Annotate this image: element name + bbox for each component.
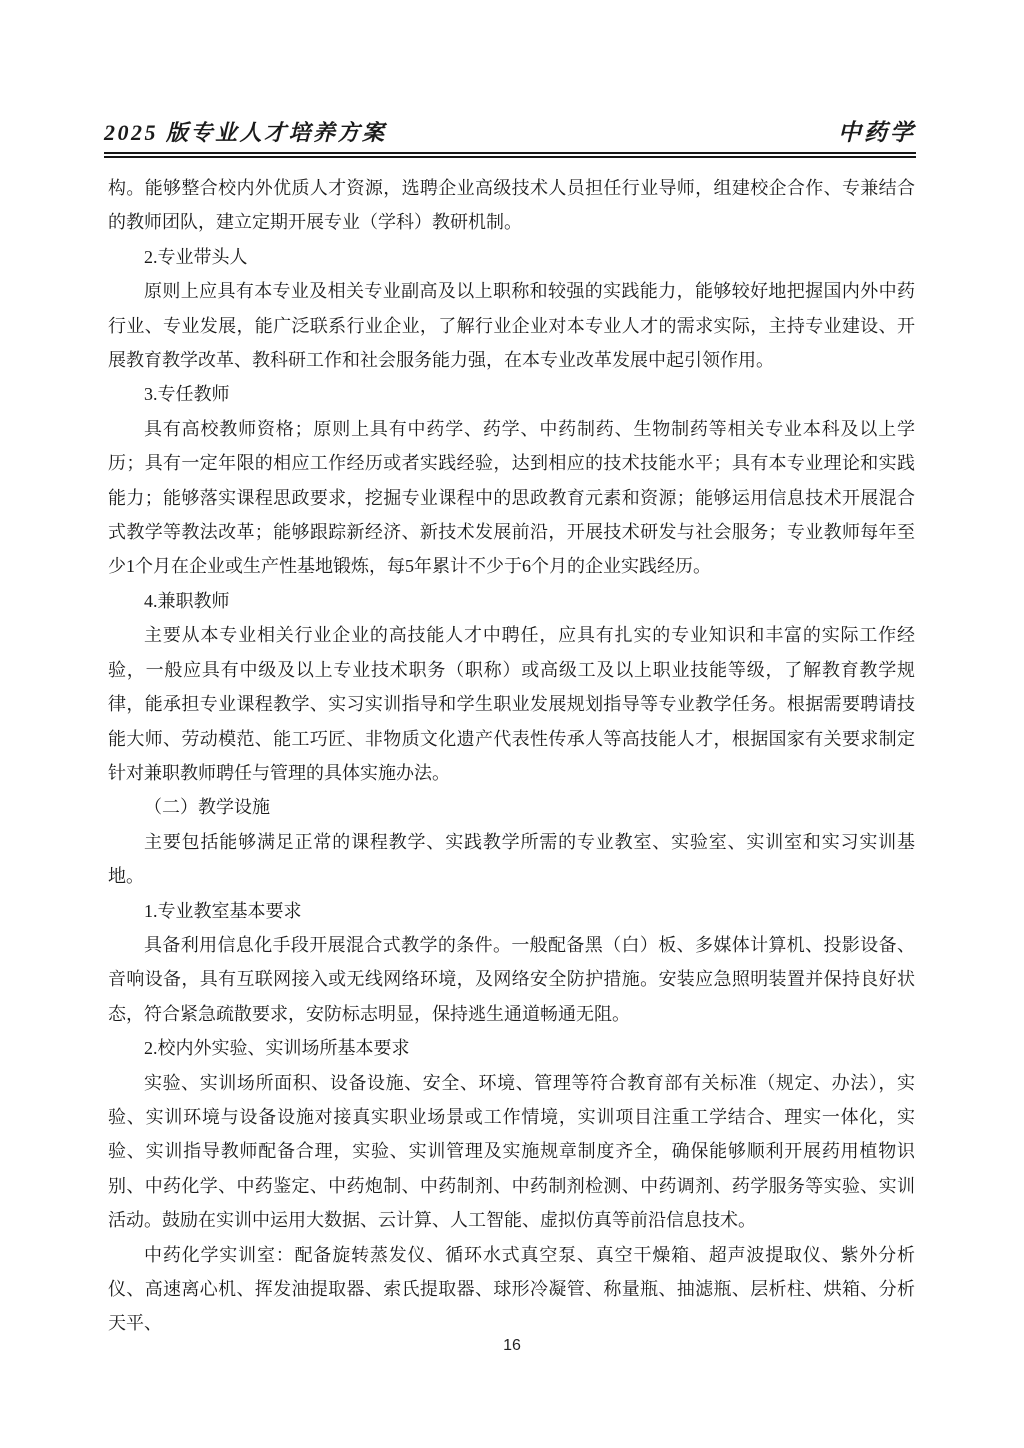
paragraph: 原则上应具有本专业及相关专业副高及以上职称和较强的实践能力，能够较好地把握国内外…: [108, 274, 915, 377]
header-title: 2025 版专业人才培养方案: [104, 116, 387, 147]
document-body: 构。能够整合校内外优质人才资源，选聘企业高级技术人员担任行业导师，组建校企合作、…: [108, 171, 915, 1341]
section-heading: 2.专业带头人: [108, 240, 915, 274]
paragraph: 构。能够整合校内外优质人才资源，选聘企业高级技术人员担任行业导师，组建校企合作、…: [108, 171, 915, 240]
section-heading: 1.专业教室基本要求: [108, 894, 915, 928]
paragraph: 具备利用信息化手段开展混合式教学的条件。一般配备黑（白）板、多媒体计算机、投影设…: [108, 928, 915, 1031]
page-footer: 16: [0, 1337, 1024, 1355]
section-heading: 2.校内外实验、实训场所基本要求: [108, 1031, 915, 1065]
paragraph: 主要从本专业相关行业企业的高技能人才中聘任，应具有扎实的专业知识和丰富的实际工作…: [108, 618, 915, 790]
page-number: 16: [503, 1337, 521, 1354]
paragraph: 中药化学实训室：配备旋转蒸发仪、循环水式真空泵、真空干燥箱、超声波提取仪、紫外分…: [108, 1238, 915, 1341]
paragraph: 具有高校教师资格；原则上具有中药学、药学、中药制药、生物制药等相关专业本科及以上…: [108, 412, 915, 584]
section-heading: （二）教学设施: [108, 790, 915, 824]
paragraph: 主要包括能够满足正常的课程教学、实践教学所需的专业教室、实验室、实训室和实习实训…: [108, 825, 915, 894]
section-heading: 3.专任教师: [108, 377, 915, 411]
section-heading: 4.兼职教师: [108, 584, 915, 618]
paragraph: 实验、实训场所面积、设备设施、安全、环境、管理等符合教育部有关标准（规定、办法）…: [108, 1066, 915, 1238]
page-header: 2025 版专业人才培养方案 中药学: [104, 114, 916, 158]
header-subject: 中药学: [838, 114, 916, 147]
document-page: 2025 版专业人才培养方案 中药学 构。能够整合校内外优质人才资源，选聘企业高…: [0, 0, 1024, 1448]
